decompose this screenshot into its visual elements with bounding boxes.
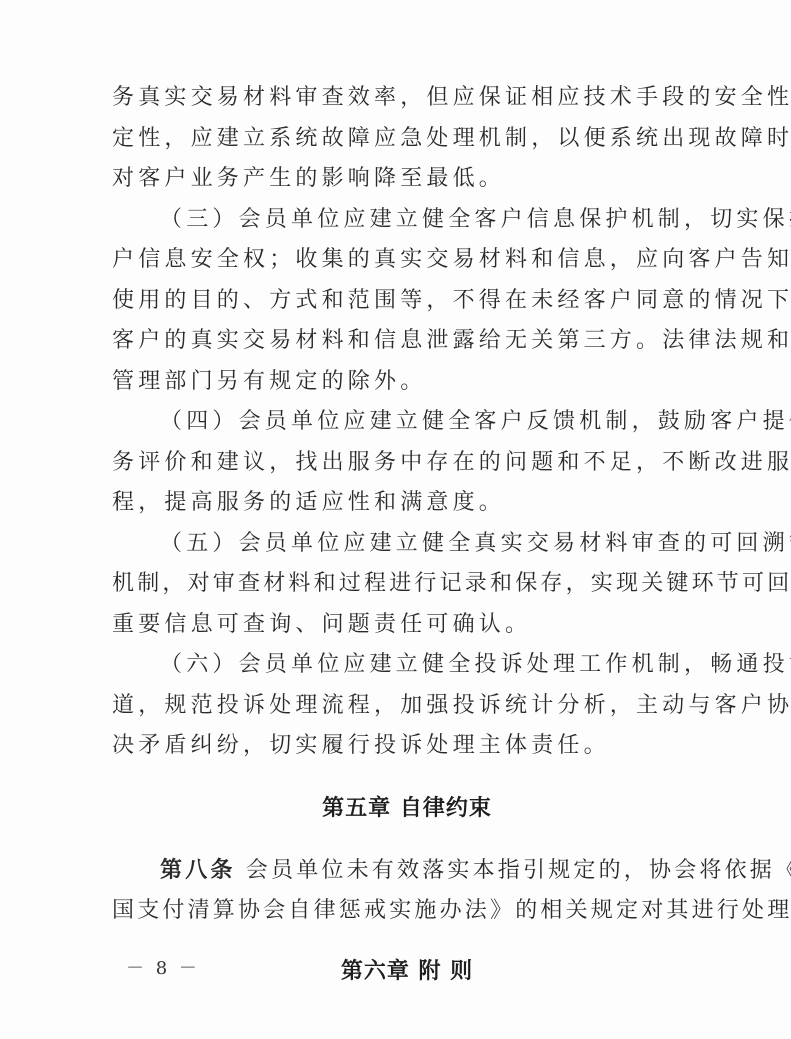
text-line: （四）会员单位应建立健全客户反馈机制，鼓励客户提供服 (112, 402, 702, 443)
text-line: （五）会员单位应建立健全真实交易材料审查的可回溯管理 (112, 524, 702, 565)
text-line: 程，提高服务的适应性和满意度。 (112, 483, 702, 524)
text-line: 客户的真实交易材料和信息泄露给无关第三方。法律法规和金融 (112, 321, 702, 362)
paragraph-item-4: （四）会员单位应建立健全客户反馈机制，鼓励客户提供服 务评价和建议，找出服务中存… (112, 402, 702, 524)
text-line: 重要信息可查询、问题责任可确认。 (112, 605, 702, 646)
paragraph-item-6: （六）会员单位应建立健全投诉处理工作机制，畅通投诉渠 道，规范投诉处理流程，加强… (112, 645, 702, 767)
text-line: （六）会员单位应建立健全投诉处理工作机制，畅通投诉渠 (112, 645, 702, 686)
chapter-6-heading: 第六章 附 则 (112, 952, 702, 992)
text-line: 对客户业务产生的影响降至最低。 (112, 159, 702, 200)
text-line: 定性，应建立系统故障应急处理机制，以便系统出现故障时，把 (112, 119, 702, 160)
article-8-text: 会员单位未有效落实本指引规定的，协会将依据《中 (236, 858, 791, 883)
text-line: 道，规范投诉处理流程，加强投诉统计分析，主动与客户协商解 (112, 686, 702, 727)
text-line: 户信息安全权；收集的真实交易材料和信息，应向客户告知收集 (112, 240, 702, 281)
text-line: 使用的目的、方式和范围等，不得在未经客户同意的情况下，将 (112, 281, 702, 322)
chapter-5-heading: 第五章 自律约束 (112, 789, 702, 829)
document-page: 务真实交易材料审查效率，但应保证相应技术手段的安全性和稳 定性，应建立系统故障应… (112, 78, 702, 992)
text-line: （三）会员单位应建立健全客户信息保护机制，切实保护客 (112, 200, 702, 241)
page-number: － 8 － (126, 954, 200, 980)
text-line: 机制，对审查材料和过程进行记录和保存，实现关键环节可回溯、 (112, 564, 702, 605)
text-line: 第八条 会员单位未有效落实本指引规定的，协会将依据《中 (112, 851, 702, 892)
text-line: 国支付清算协会自律惩戒实施办法》的相关规定对其进行处理。 (112, 891, 702, 932)
paragraph-item-5: （五）会员单位应建立健全真实交易材料审查的可回溯管理 机制，对审查材料和过程进行… (112, 524, 702, 646)
article-8-lead: 第八条 (160, 858, 236, 883)
text-line: 务真实交易材料审查效率，但应保证相应技术手段的安全性和稳 (112, 78, 702, 119)
text-line: 管理部门另有规定的除外。 (112, 362, 702, 403)
article-8: 第八条 会员单位未有效落实本指引规定的，协会将依据《中 国支付清算协会自律惩戒实… (112, 851, 702, 932)
paragraph-item-3: （三）会员单位应建立健全客户信息保护机制，切实保护客 户信息安全权；收集的真实交… (112, 200, 702, 403)
text-line: 务评价和建议，找出服务中存在的问题和不足，不断改进服务流 (112, 443, 702, 484)
text-line: 决矛盾纠纷，切实履行投诉处理主体责任。 (112, 726, 702, 767)
paragraph-continuation: 务真实交易材料审查效率，但应保证相应技术手段的安全性和稳 定性，应建立系统故障应… (112, 78, 702, 200)
